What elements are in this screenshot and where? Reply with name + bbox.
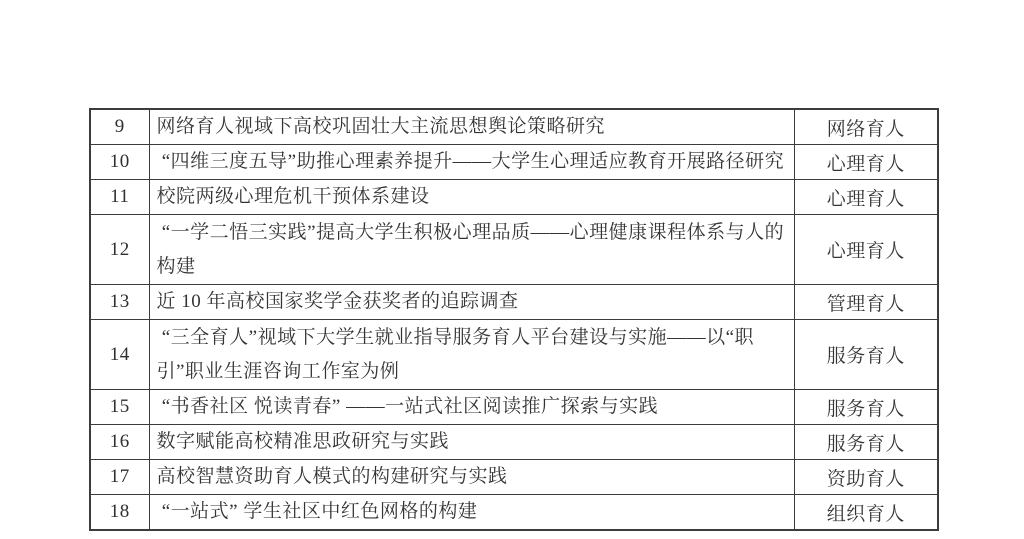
table-row: 10 “四维三度五导”助推心理素养提升——大学生心理适应教育开展路径研究 心理育… xyxy=(90,145,938,180)
table-row: 14 “三全育人”视域下大学生就业指导服务育人平台建设与实施——以“职引”职业生… xyxy=(90,320,938,390)
row-number-cell: 18 xyxy=(90,495,149,531)
row-number-cell: 17 xyxy=(90,460,149,495)
row-number-cell: 15 xyxy=(90,390,149,425)
row-number-cell: 14 xyxy=(90,320,149,390)
table-row: 17 高校智慧资助育人模式的构建研究与实践 资助育人 xyxy=(90,460,938,495)
table-row: 12 “一学二悟三实践”提高大学生积极心理品质——心理健康课程体系与人的构建 心… xyxy=(90,215,938,285)
project-title-cell: 网络育人视域下高校巩固壮大主流思想舆论策略研究 xyxy=(149,109,794,145)
row-number-cell: 9 xyxy=(90,109,149,145)
project-title-cell: “一学二悟三实践”提高大学生积极心理品质——心理健康课程体系与人的构建 xyxy=(149,215,794,285)
project-title-cell: 校院两级心理危机干预体系建设 xyxy=(149,180,794,215)
project-title-cell: 近 10 年高校国家奖学金获奖者的追踪调查 xyxy=(149,285,794,320)
row-number-cell: 12 xyxy=(90,215,149,285)
row-number-cell: 11 xyxy=(90,180,149,215)
table-row: 9 网络育人视域下高校巩固壮大主流思想舆论策略研究 网络育人 xyxy=(90,109,938,145)
row-number-cell: 13 xyxy=(90,285,149,320)
category-cell: 服务育人 xyxy=(794,425,938,460)
category-cell: 组织育人 xyxy=(794,495,938,531)
table-row: 16 数字赋能高校精准思政研究与实践 服务育人 xyxy=(90,425,938,460)
project-title-cell: “书香社区 悦读青春” ——一站式社区阅读推广探索与实践 xyxy=(149,390,794,425)
category-cell: 心理育人 xyxy=(794,180,938,215)
project-title-cell: 数字赋能高校精准思政研究与实践 xyxy=(149,425,794,460)
category-cell: 心理育人 xyxy=(794,215,938,285)
projects-table: 9 网络育人视域下高校巩固壮大主流思想舆论策略研究 网络育人 10 “四维三度五… xyxy=(89,108,939,531)
project-title-cell: “三全育人”视域下大学生就业指导服务育人平台建设与实施——以“职引”职业生涯咨询… xyxy=(149,320,794,390)
table-row: 11 校院两级心理危机干预体系建设 心理育人 xyxy=(90,180,938,215)
project-title-cell: 高校智慧资助育人模式的构建研究与实践 xyxy=(149,460,794,495)
category-cell: 管理育人 xyxy=(794,285,938,320)
category-cell: 服务育人 xyxy=(794,320,938,390)
table-row: 18 “一站式” 学生社区中红色网格的构建 组织育人 xyxy=(90,495,938,531)
table-row: 15 “书香社区 悦读青春” ——一站式社区阅读推广探索与实践 服务育人 xyxy=(90,390,938,425)
document-page: 9 网络育人视域下高校巩固壮大主流思想舆论策略研究 网络育人 10 “四维三度五… xyxy=(0,0,1024,539)
project-title-cell: “一站式” 学生社区中红色网格的构建 xyxy=(149,495,794,531)
category-cell: 网络育人 xyxy=(794,109,938,145)
row-number-cell: 10 xyxy=(90,145,149,180)
table-row: 13 近 10 年高校国家奖学金获奖者的追踪调查 管理育人 xyxy=(90,285,938,320)
category-cell: 服务育人 xyxy=(794,390,938,425)
project-title-cell: “四维三度五导”助推心理素养提升——大学生心理适应教育开展路径研究 xyxy=(149,145,794,180)
category-cell: 心理育人 xyxy=(794,145,938,180)
row-number-cell: 16 xyxy=(90,425,149,460)
category-cell: 资助育人 xyxy=(794,460,938,495)
